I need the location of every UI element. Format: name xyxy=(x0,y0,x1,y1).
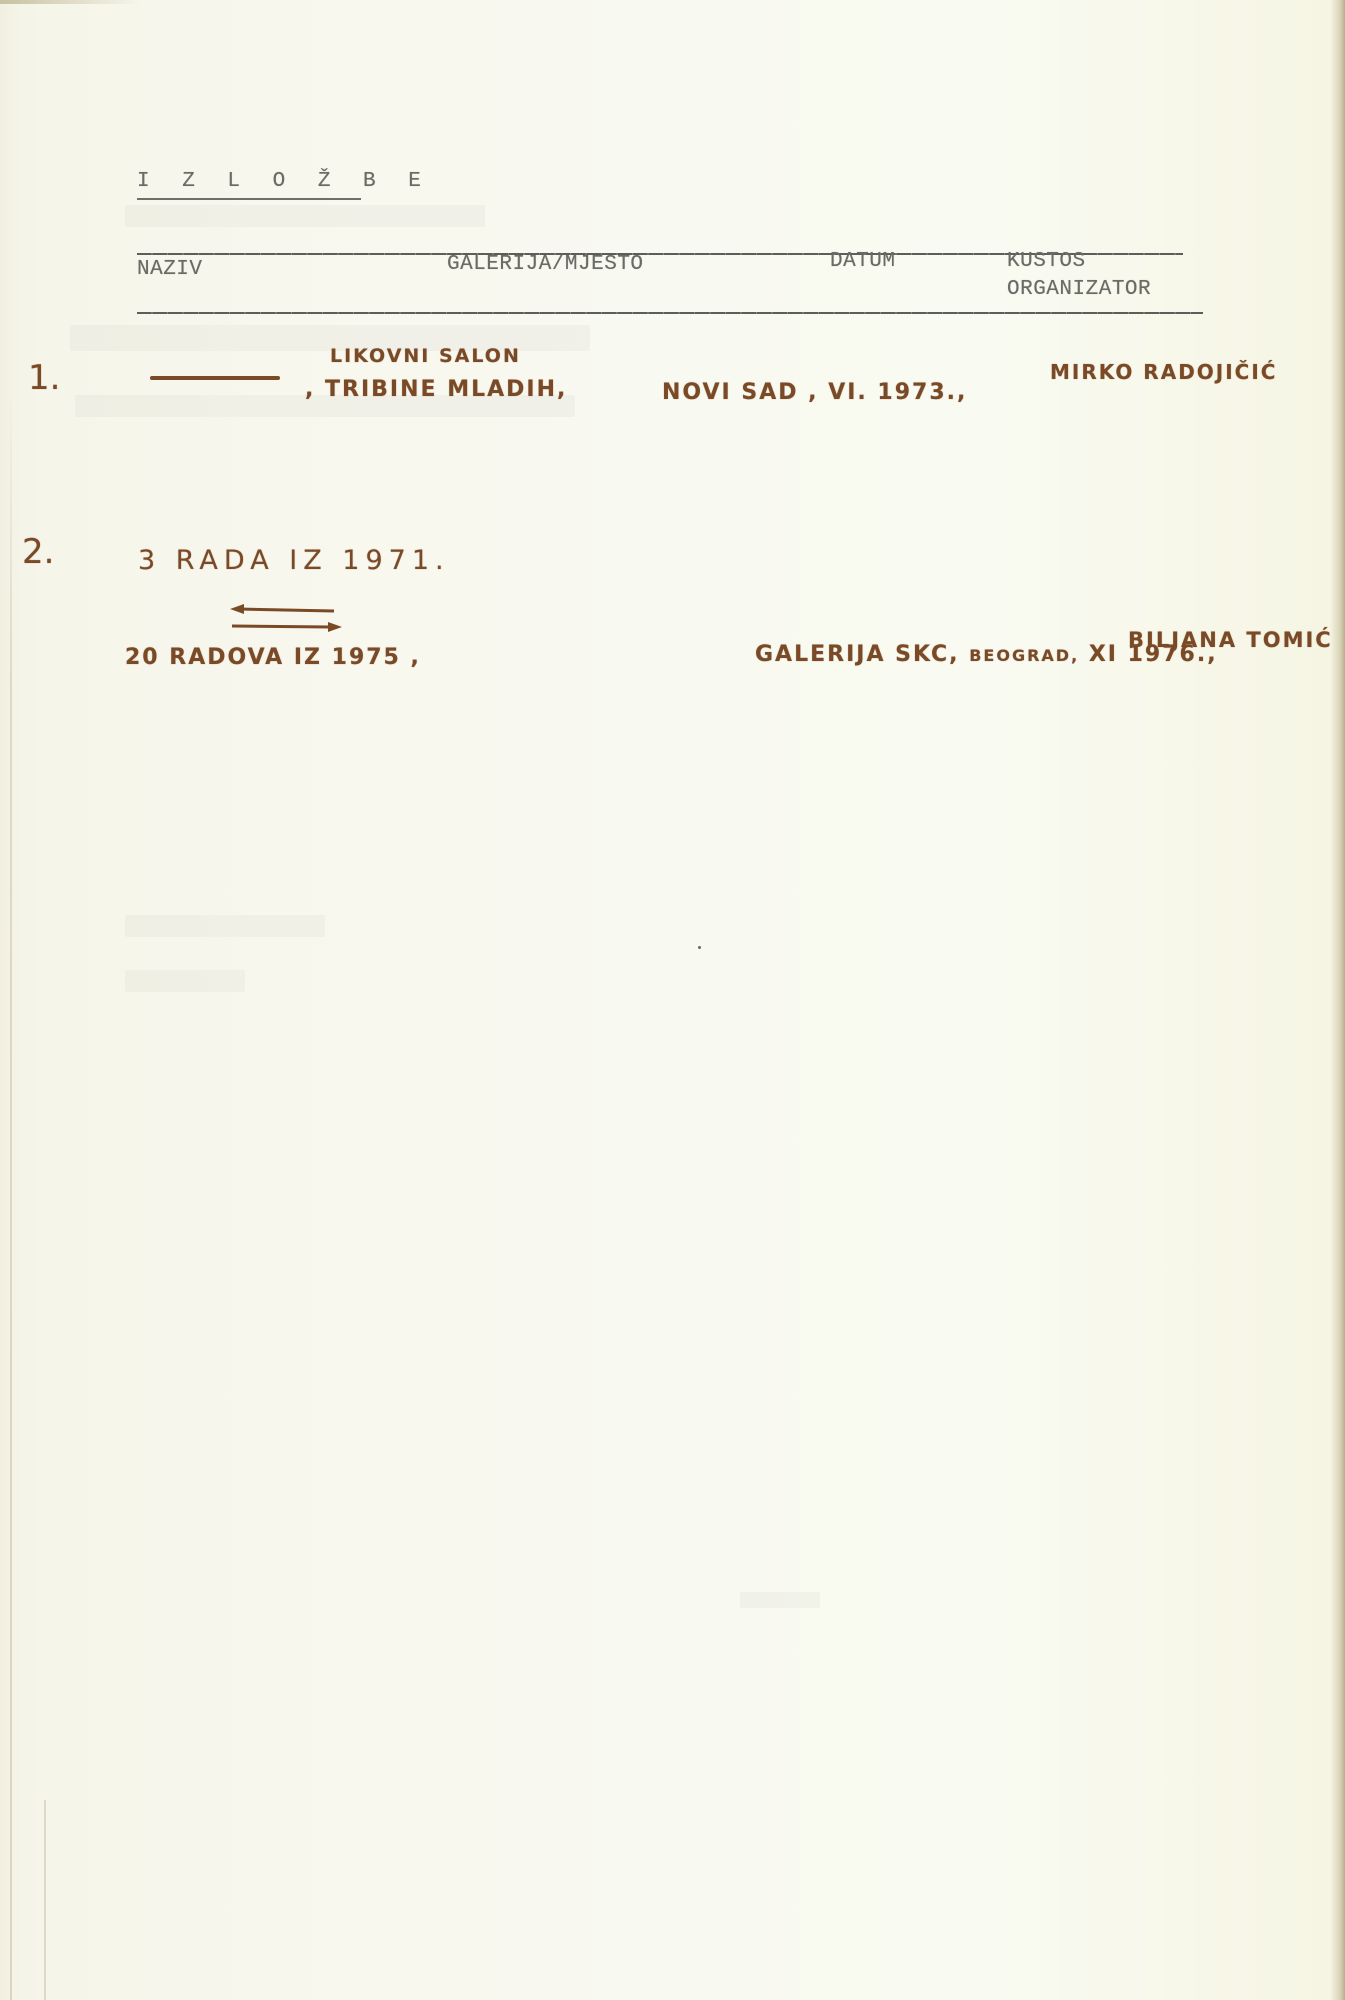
entry-1-kustos: MIRKO RADOJIČIĆ xyxy=(1050,360,1277,384)
show-through-text xyxy=(125,970,245,992)
column-header-organizator: ORGANIZATOR xyxy=(1007,276,1151,304)
page-fold-line-lower xyxy=(44,1800,46,2000)
scanned-page: I Z L O Ž B E NAZIV GALERIJA/MJESTO DATU… xyxy=(0,0,1345,2000)
entry-1-galerija-line2: , TRIBINE MLADIH, xyxy=(305,377,567,402)
entry-2-mjesto: BEOGRAD, xyxy=(969,646,1079,665)
entry-2-naziv-line2: 20 RADOVA IZ 1975 , xyxy=(125,645,421,670)
column-header-galerija-mjesto: GALERIJA/MJESTO xyxy=(447,253,644,276)
ink-speck xyxy=(698,946,701,949)
entry-2-naziv-line1: 3 RADA IZ 1971. xyxy=(138,545,450,576)
double-arrow-icon xyxy=(230,600,342,634)
page-top-edge xyxy=(0,0,140,4)
entry-1-galerija-line1: LIKOVNI SALON xyxy=(330,345,521,367)
entry-2-galerija: GALERIJA SKC, xyxy=(755,642,960,667)
show-through-text xyxy=(125,205,485,227)
column-header-naziv: NAZIV xyxy=(137,258,203,281)
show-through-text xyxy=(125,915,325,937)
page-fold-line xyxy=(10,380,12,2000)
entry-1-mjesto-datum: NOVI SAD , VI. 1973., xyxy=(662,380,967,405)
entry-2-number: 2. xyxy=(22,532,54,572)
column-header-kustos-organizator: KUSTOS ORGANIZATOR xyxy=(1007,248,1151,304)
section-title-underline xyxy=(137,198,361,200)
entry-1-number: 1. xyxy=(28,358,60,398)
section-title: I Z L O Ž B E xyxy=(137,170,431,193)
table-header-bottom-rule xyxy=(137,312,1203,314)
entry-1-naziv-blank-dash xyxy=(150,376,280,380)
column-header-kustos: KUSTOS xyxy=(1007,248,1151,276)
column-header-datum: DATUM xyxy=(830,250,896,273)
entry-2-kustos: BILJANA TOMIĆ xyxy=(1128,628,1333,652)
show-through-text xyxy=(740,1592,820,1608)
